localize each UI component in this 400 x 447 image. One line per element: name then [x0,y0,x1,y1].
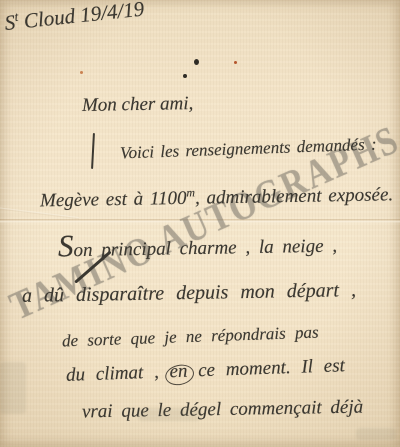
megeve-pre: Megève est à 1100 [40,188,187,212]
letter-line-disparu: a dû disparaître depuis mon départ , [22,279,356,308]
ink-dot [183,74,187,78]
letter-line-megeve: Megève est à 1100m, admirablement exposé… [40,183,394,212]
letter-line-intro: Voici les renseignements demandés : [120,135,377,164]
megeve-sup: m [186,186,195,199]
paper-speck [80,71,83,74]
letter-line-climat: du climat , en ce moment. Il est [66,355,346,387]
letter-line-degel: vrai que le dégel commençait déjà [82,397,364,424]
fold-crease [0,219,400,223]
bleed-through-mark [0,362,26,414]
climat-struck-word: en [169,361,188,384]
charme-initial: S [58,228,74,263]
ink-dot [194,59,199,65]
dateline: St Cloud 19/4/19 [3,0,145,36]
letter-paper: TAMINO AUTOGRAPHS St Cloud 19/4/19 Mon c… [0,0,400,447]
climat-pre: du climat , [66,361,170,386]
megeve-post: , admirablement exposée. [195,184,394,208]
bleed-through-mark [356,428,396,440]
dateline-post: Cloud 19/4/19 [17,0,145,34]
salutation: Mon cher ami, [82,93,194,117]
charme-rest: on principal charme , la neige , [73,236,337,262]
paper-speck [234,61,237,64]
letter-line-sorte: de sorte que je ne répondrais pas [62,323,319,352]
ink-stroke [91,133,95,169]
climat-post: ce moment. Il est [187,355,345,381]
